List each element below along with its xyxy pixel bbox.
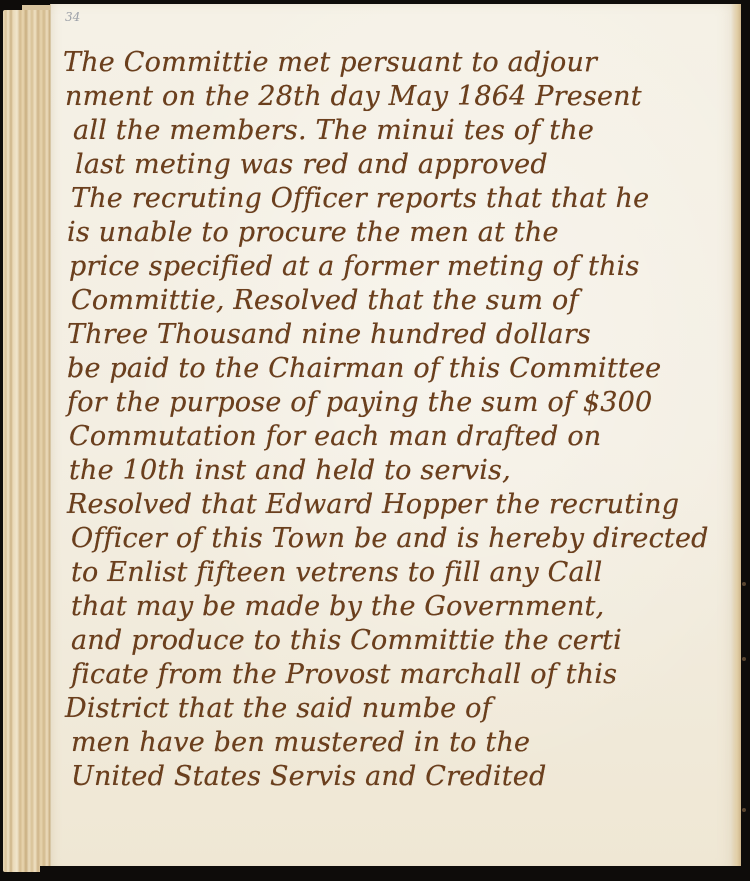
text-line: is unable to procure the men at the bbox=[61, 216, 741, 250]
text-line: District that the said numbe of bbox=[61, 692, 741, 726]
text-line: United States Servis and Credited bbox=[61, 760, 741, 794]
handwritten-text-body: The Committie met persuant to adjour nme… bbox=[61, 46, 741, 794]
text-line: Resolved that Edward Hopper the recrutin… bbox=[61, 488, 741, 522]
text-line: that may be made by the Government, bbox=[61, 590, 741, 624]
text-line: nment on the 28th day May 1864 Present bbox=[61, 80, 741, 114]
binding-thread-mark bbox=[742, 808, 746, 812]
scan-background: 34 The Committie met persuant to adjour … bbox=[0, 0, 750, 881]
text-line: and produce to this Committie the certi bbox=[61, 624, 741, 658]
text-line: The Committie met persuant to adjour bbox=[61, 46, 741, 80]
text-line: Commutation for each man drafted on bbox=[61, 420, 741, 454]
text-line: The recruting Officer reports that that … bbox=[61, 182, 741, 216]
text-line: for the purpose of paying the sum of $30… bbox=[61, 386, 741, 420]
text-line: ficate from the Provost marchall of this bbox=[61, 658, 741, 692]
text-line: Committie, Resolved that the sum of bbox=[61, 284, 741, 318]
ledger-page: 34 The Committie met persuant to adjour … bbox=[50, 4, 741, 870]
text-line: price specified at a former meting of th… bbox=[61, 250, 741, 284]
text-line: Officer of this Town be and is hereby di… bbox=[61, 522, 741, 556]
binding-thread-mark bbox=[742, 657, 746, 661]
page-number: 34 bbox=[65, 10, 80, 24]
binding-thread-mark bbox=[742, 582, 746, 586]
text-line: Three Thousand nine hundred dollars bbox=[61, 318, 741, 352]
text-line: the 10th inst and held to servis, bbox=[61, 454, 741, 488]
text-line: to Enlist fifteen vetrens to fill any Ca… bbox=[61, 556, 741, 590]
text-line: men have ben mustered in to the bbox=[61, 726, 741, 760]
text-line: be paid to the Chairman of this Committe… bbox=[61, 352, 741, 386]
page-edges-stack bbox=[3, 10, 53, 872]
scan-bottom-edge bbox=[40, 866, 750, 881]
text-line: all the members. The minui tes of the bbox=[61, 114, 741, 148]
text-line: last meting was red and approved bbox=[61, 148, 741, 182]
